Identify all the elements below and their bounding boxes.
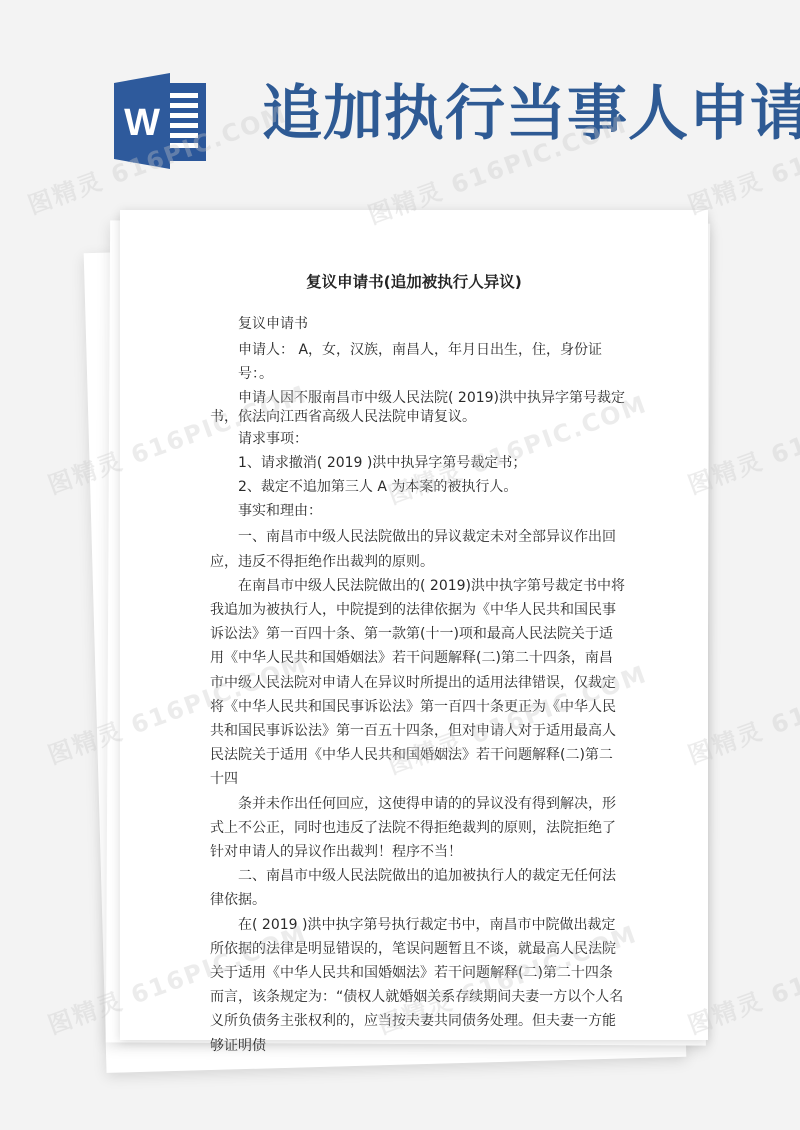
paragraph-point-1: 一、南昌市中级人民法院做出的异议裁定未对全部异议作出回应，违反不得拒绝作出裁判的… bbox=[210, 525, 626, 573]
document-title: 复议申请书(追加被执行人异议) bbox=[120, 270, 708, 292]
header-banner: W 追加执行当事人申请书 bbox=[0, 0, 800, 200]
paragraph-applicant: 申请人： A，女，汉族，南昌人，年月日出生，住，身份证号：。 bbox=[210, 338, 626, 386]
document-page: 复议申请书(追加被执行人异议) 复议申请书 申请人： A，女，汉族，南昌人，年月… bbox=[120, 210, 708, 1040]
paragraph-intro: 申请人因不服南昌市中级人民法院( 2019)洪中执异字第号裁定书，依法向江西省高… bbox=[210, 389, 626, 427]
header-title: 追加执行当事人申请书 bbox=[262, 74, 800, 154]
paragraph-requests-label: 请求事项： bbox=[210, 427, 626, 451]
word-icon: W bbox=[110, 73, 210, 169]
paragraph-point-2: 二、南昌市中级人民法院做出的追加被执行人的裁定无任何法律依据。 bbox=[210, 864, 626, 912]
paragraph-request-2: 2、裁定不追加第三人 A 为本案的被执行人。 bbox=[210, 475, 626, 499]
paragraph-heading: 复议申请书 bbox=[210, 312, 626, 336]
paragraph-point-2-detail: 在( 2019 )洪中执字第号执行裁定书中，南昌市中院做出裁定所依据的法律是明显… bbox=[210, 913, 626, 1058]
svg-text:W: W bbox=[124, 102, 160, 144]
paragraph-point-1-cont: 条并未作出任何回应，这使得申请的的异议没有得到解决，形式上不公正，同时也违反了法… bbox=[210, 792, 626, 865]
paragraph-facts-label: 事实和理由： bbox=[210, 499, 626, 523]
document-body: 复议申请书 申请人： A，女，汉族，南昌人，年月日出生，住，身份证号：。 申请人… bbox=[210, 312, 626, 1058]
paragraph-point-1-detail: 在南昌市中级人民法院做出的( 2019)洪中执字第号裁定书中将我追加为被执行人，… bbox=[210, 574, 626, 792]
paragraph-request-1: 1、请求撤消( 2019 )洪中执异字第号裁定书； bbox=[210, 451, 626, 475]
